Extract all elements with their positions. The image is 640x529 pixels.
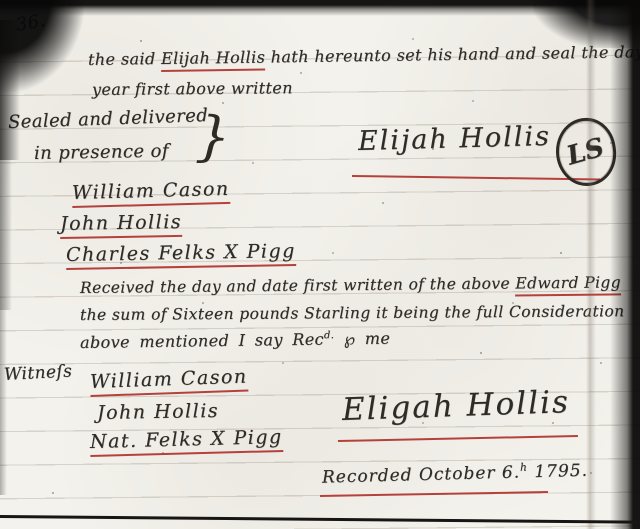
witness-signature: John Hollis <box>60 211 182 235</box>
receipt-line-2: the sum of Sixteen pounds Starling it be… <box>80 302 625 324</box>
per-symbol: ℘ <box>344 329 356 348</box>
witness-signature: Charles Felks X Pigg <box>66 240 296 266</box>
attestation-line-2: in presence of <box>34 141 169 164</box>
closing-text-pre: the said <box>88 49 161 69</box>
witness-label: Witneſs <box>3 361 72 385</box>
closing-clause-line-2: year first above written <box>92 78 293 99</box>
scan-edge-left <box>0 310 7 495</box>
page-crease-line <box>586 0 596 529</box>
scan-edge-left <box>0 160 12 310</box>
attestation-brace: } <box>194 104 232 169</box>
witness-signature: Nat. Felks X Pigg <box>90 426 283 453</box>
signature-elijah-hollis-top: Elijah Hollis <box>358 121 552 157</box>
scan-edge-left <box>0 20 20 160</box>
payer-name-underlined: Edward Pigg <box>515 273 621 296</box>
witness-signature: John Hollis <box>97 400 219 424</box>
grantor-name-underlined: Elijah Hollis <box>161 48 265 72</box>
witness-signature: William Cason <box>90 366 248 393</box>
scanned-deed-record-page: 36. the said Elijah Hollis hath hereunto… <box>0 0 640 529</box>
witness-signature: William Cason <box>72 178 230 204</box>
scan-edge-right <box>610 0 640 529</box>
